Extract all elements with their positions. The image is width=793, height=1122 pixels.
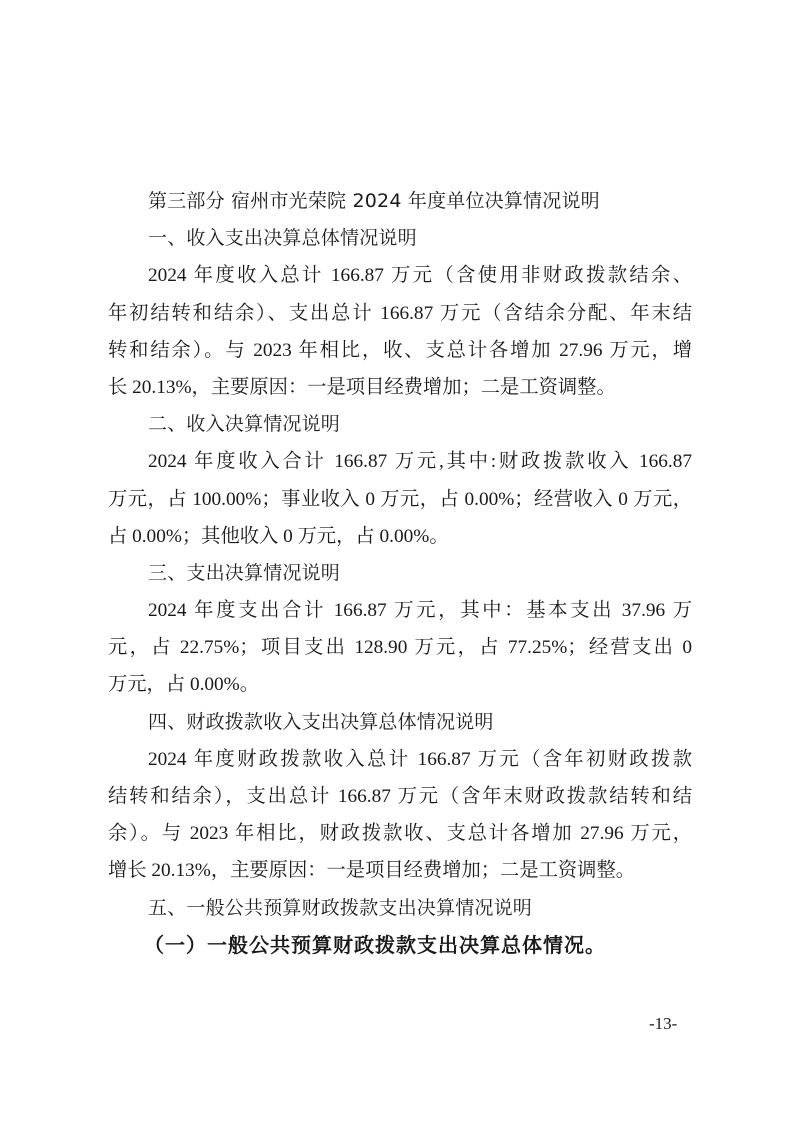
section-heading-4: 四、财政拨款收入支出决算总体情况说明 [108, 704, 692, 741]
subsection-heading: （一）一般公共预算财政拨款支出决算总体情况。 [108, 927, 692, 964]
paragraph-line: 2024 年度支出合计 166.87 万元，其中：基本支出 37.96 万 [108, 592, 692, 629]
paragraph-line: 长 20.13%，主要原因：一是项目经费增加；二是工资调整。 [108, 369, 692, 406]
paragraph-line: 元，占 22.75%；项目支出 128.90 万元，占 77.25%；经营支出 … [108, 629, 692, 666]
document-title: 第三部分 宿州市光荣院 2024 年度单位决算情况说明 [108, 183, 692, 220]
paragraph-line: 年初结转和结余）、支出总计 166.87 万元（含结余分配、年末结 [108, 295, 692, 332]
paragraph-line: 2024 年度财政拨款收入总计 166.87 万元（含年初财政拨款 [108, 741, 692, 778]
paragraph-line: 占 0.00%；其他收入 0 万元，占 0.00%。 [108, 518, 692, 555]
paragraph-line: 转和结余）。与 2023 年相比，收、支总计各增加 27.96 万元，增 [108, 332, 692, 369]
paragraph-line: 万元，占 0.00%。 [108, 666, 692, 703]
paragraph-line: 万元，占 100.00%；事业收入 0 万元，占 0.00%；经营收入 0 万元… [108, 481, 692, 518]
paragraph-line: 余）。与 2023 年相比，财政拨款收、支总计各增加 27.96 万元， [108, 815, 692, 852]
paragraph-line: 2024 年度收入合计 166.87 万元,其中:财政拨款收入 166.87 [108, 443, 692, 480]
section-heading-1: 一、收入支出决算总体情况说明 [108, 220, 692, 257]
document-page: 第三部分 宿州市光荣院 2024 年度单位决算情况说明 一、收入支出决算总体情况… [108, 183, 692, 964]
paragraph-line: 结转和结余），支出总计 166.87 万元（含年末财政拨款结转和结 [108, 778, 692, 815]
paragraph-line: 2024 年度收入总计 166.87 万元（含使用非财政拨款结余、 [108, 257, 692, 294]
section-heading-3: 三、支出决算情况说明 [108, 555, 692, 592]
paragraph-line: 增长 20.13%，主要原因：一是项目经费增加；二是工资调整。 [108, 852, 692, 889]
section-heading-5: 五、一般公共预算财政拨款支出决算情况说明 [108, 890, 692, 927]
page-number: -13- [649, 1014, 677, 1034]
section-heading-2: 二、收入决算情况说明 [108, 406, 692, 443]
